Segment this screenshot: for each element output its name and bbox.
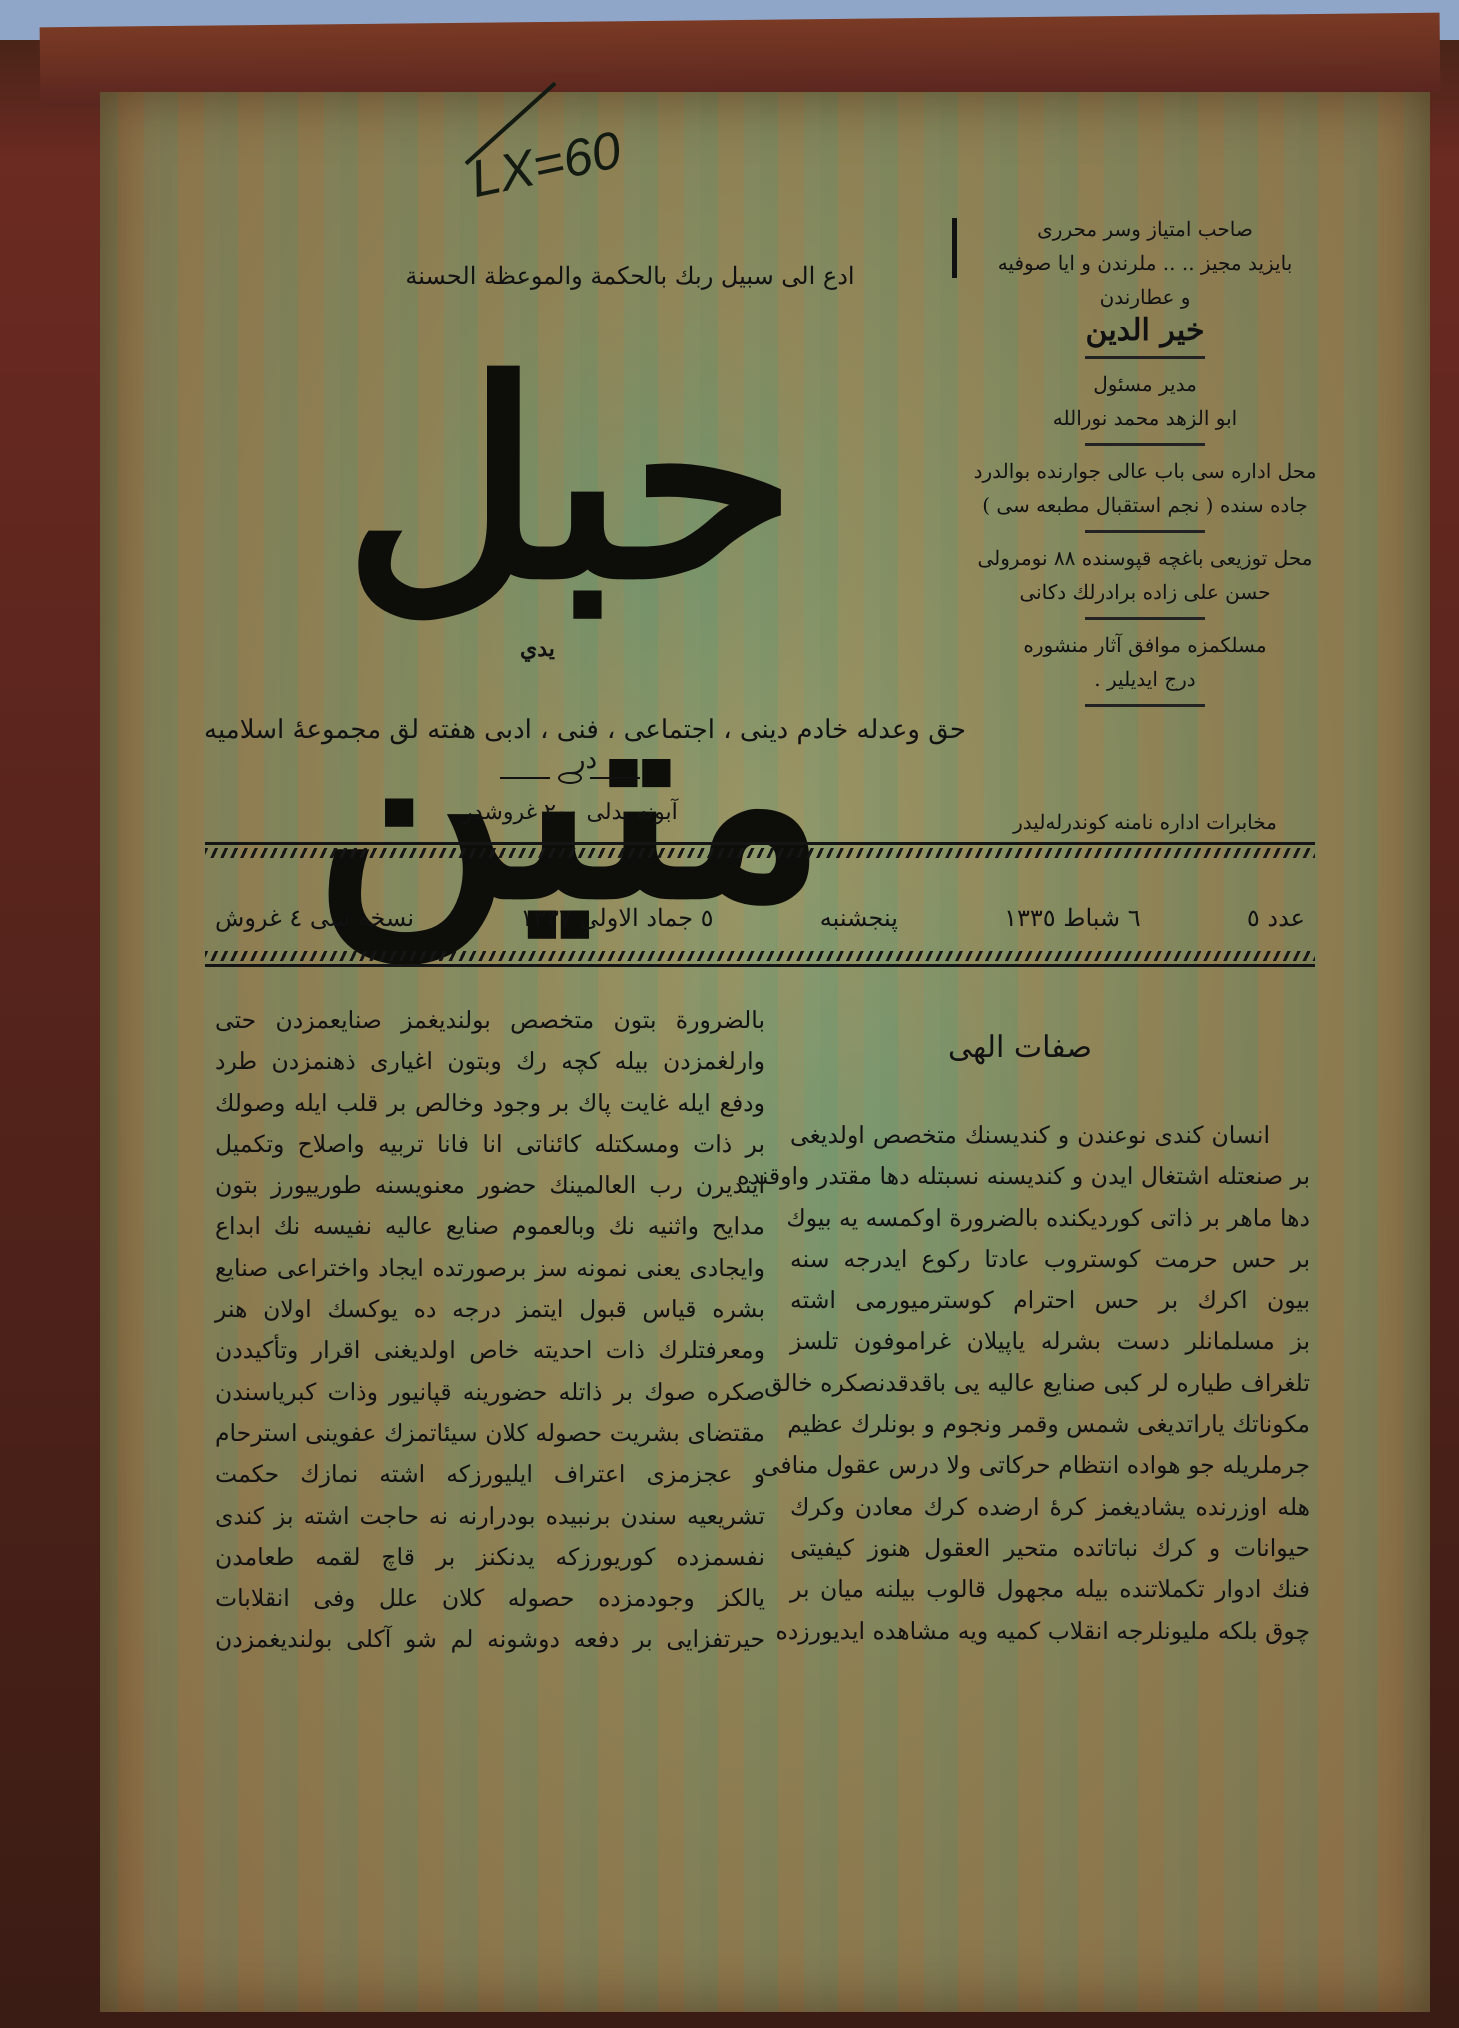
issue-number: عدد ٥ [1247,904,1305,932]
wavy-rule [205,848,1315,858]
editor-name: ابو الزهد محمد نورالله [960,401,1330,435]
address-line-2: جاده سنده ( نجم استقبال مطبعه سى ) [960,488,1330,522]
masthead-title: حبل متين [190,320,950,680]
owner-line-1: صاحب امتياز وسر محررى [960,212,1330,246]
article-line: حيرتفزايى بر دفعه دوشونه لم شو آكلى بولن… [215,1619,765,1660]
article-line: بر ذات ومسكتله كائناتى انا فانا تربيه وا… [215,1124,765,1165]
solid-rule [205,964,1315,967]
masthead-tagline: حق وعدله خادم دينى ، اجتماعى ، فنى ، ادب… [190,715,980,775]
article-line: دها ماهر بر ذاتى كورديكنده بالضرورة اوكم… [790,1198,1310,1239]
article-line: بر حس حرمت كوستروب عادتا ركوع ايدرجه سنه [790,1239,1310,1280]
article-line: بالضرورة بتون متخصص بولنديغمز صنايعمزدن … [215,1000,765,1041]
separator [1085,356,1205,359]
article-line: حيوانات و كرك نباتاتده متحير العقول هنوز… [790,1528,1310,1569]
masthead-motto: ادع الى سبيل ربك بالحكمة والموعظة الحسنة [350,262,910,290]
masthead-title-subscript: يدي [520,636,555,662]
address-line-1: محل اداره سى باب عالى جوارنده بوالدرد [960,454,1330,488]
separator [1085,530,1205,533]
policy-line-2: درج ايديلير . [960,662,1330,696]
owner-name: خير الدين [960,314,1330,348]
article-line: ايتديرن رب العالمينك حضور معنويسنه طوريي… [215,1165,765,1206]
issue-price: نسخه سى ٤ غروش [215,904,414,932]
article-line: مدايح واثنيه نك وبالعموم صنايع عاليه نفي… [215,1206,765,1247]
separator [1085,443,1205,446]
article-line: يالكز وجودمزده حصوله كلان علل وفى انقلاب… [215,1578,765,1619]
separator [1085,617,1205,620]
article-line: تشريعيه سندن برنبيده بودرارنه نه حاجت اش… [215,1496,765,1537]
ornament-rosette [558,772,582,784]
bottom-rule-band [205,948,1315,967]
article-line: صكره صوك بر ذاتله حضورينه قپانيور وذات ك… [215,1372,765,1413]
separator [1085,704,1205,707]
weekday: پنجشنبه [820,904,898,932]
wavy-rule [205,951,1315,961]
article-line: ودفع ايله غايت پاك بر وجود وخالص بر قلب … [215,1083,765,1124]
policy-line-1: مسلكمزه موافق آثار منشوره [960,628,1330,662]
issue-info-line: نسخه سى ٤ غروش ٥ جماد الاولى ١٣٣٧ پنجشنب… [205,893,1315,943]
article-line: وايجادى يعنى نمونه سز برصورتده ايجاد واخ… [215,1248,765,1289]
article-line: و عجزمزى اعتراف ايليورزكه اشته نمازك حكم… [215,1454,765,1495]
owner-line-3: و عطارندن [960,280,1330,314]
ornament-divider [500,772,640,784]
article-line: بشره قياس قبول ايتمز درجه ده يوكسك اولان… [215,1289,765,1330]
article-line: جرملريله جو هواده انتظام حركاتى ولا درس … [790,1445,1310,1486]
solid-rule [205,842,1315,845]
article-line: فنك ادوار تكملاتنده بيله مجهول قالوب بيل… [790,1569,1310,1610]
correspondence-note: مخابرات اداره نامنه كوندرلەلیدر [960,810,1330,834]
article-column-left: بالضرورة بتون متخصص بولنديغمز صنايعمزدن … [215,1000,765,1661]
article-column-right: انسان كندى نوعندن و كنديسنك متخصص اولديغ… [790,1115,1310,1652]
article-line: بيون اكرك بر حس احترام كوسترميورمى اشته [790,1280,1310,1321]
shop-line-2: حسن على زاده برادرلك دكانى [960,575,1330,609]
hijri-date: ٥ جماد الاولى ١٣٣٧ [520,904,713,932]
subscription-price: آبونه بدلى ٢٠٠ غروشدر [360,800,780,825]
article-line: مقتضاى بشريت حصوله كلان سيئاتمزك عفوينى … [215,1413,765,1454]
article-line: تلغراف طياره لر كبى صنايع عاليه يى باقدق… [790,1363,1310,1404]
rumi-date: ٦ شباط ١٣٣٥ [1004,904,1141,932]
owner-line-2: بايزيد مجيز .. .. ملرندن و ايا صوفيه [960,246,1330,280]
article-title: صفات الهى [900,1030,1140,1065]
editor-label: مدير مسئول [960,367,1330,401]
article-line: چوق بلكه مليونلرجه انقلاب كميه ويه مشاهد… [790,1611,1310,1652]
article-line: هله اوزرنده يشاديغمز كرهٔ ارضده كرك معاد… [790,1487,1310,1528]
publisher-info: صاحب امتياز وسر محررى بايزيد مجيز .. .. … [960,212,1330,715]
ornament-bar [500,777,550,779]
article-line: مكوناتك ياراتديغى شمس وقمر ونجوم و بونلر… [790,1404,1310,1445]
article-line: ومعرفتلرك ذات احديته خاص اولديغنى اقرار … [215,1330,765,1371]
vertical-rule [952,218,957,278]
shop-line-1: محل توزيعى باغچه قپوسنده ٨٨ نومرولى [960,541,1330,575]
article-line: وارلغمزدن بيله كچه رك وبتون اغيارى ذهنمز… [215,1041,765,1082]
top-rule-band [205,842,1315,861]
article-line: بز مسلمانلر دست بشرله ياپيلان غراموفون ت… [790,1321,1310,1362]
article-line: نفسمزده كوريورزكه يدنكنز بر قاچ لقمه طعا… [215,1537,765,1578]
ornament-bar [590,777,640,779]
article-line: انسان كندى نوعندن و كنديسنك متخصص اولديغ… [790,1115,1310,1156]
article-line: بر صنعتله اشتغال ايدن و كنديسنه نسبتله د… [790,1156,1310,1197]
